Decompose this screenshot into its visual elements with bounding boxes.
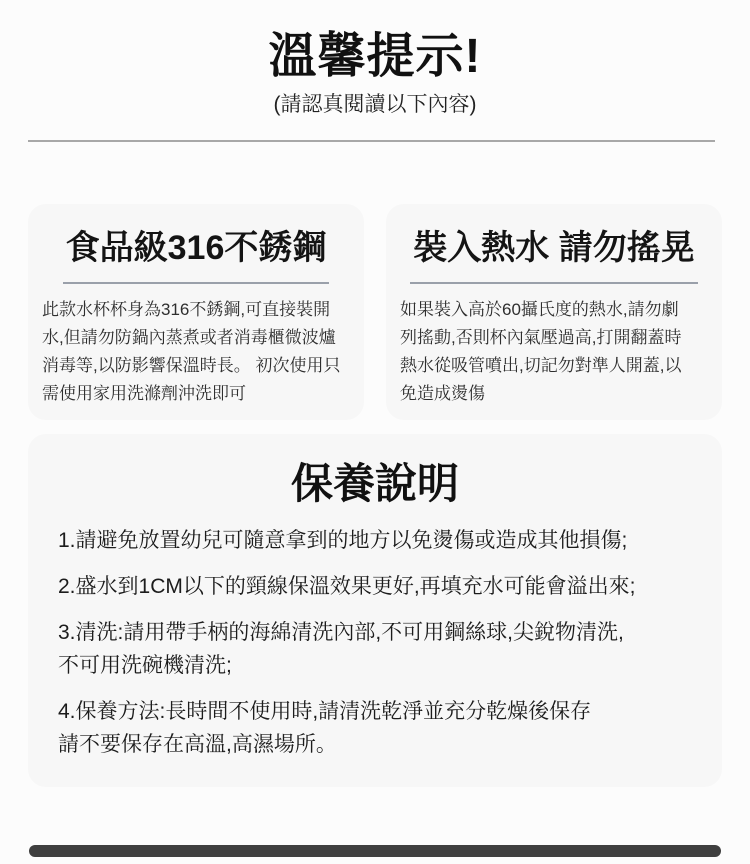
bottom-accent-bar xyxy=(29,845,721,857)
page-subtitle: (請認真閱讀以下內容) xyxy=(0,90,750,120)
care-item-1: 1.請避免放置幼兒可隨意拿到的地方以免燙傷或造成其他損傷; xyxy=(58,524,692,557)
info-cards-row: 食品級316不銹鋼 此款水杯杯身為316不銹鋼,可直接裝開 水,但請勿防鍋內蒸煮… xyxy=(28,204,722,420)
card-stainless-steel-heading: 食品級316不銹鋼 xyxy=(63,228,330,284)
card-hot-water-warning: 裝入熱水 請勿搖晃 如果裝入高於60攝氏度的熱水,請勿劇 列搖動,否則杯內氣壓過… xyxy=(386,204,722,420)
header-divider xyxy=(28,140,715,142)
card-hot-water-warning-heading: 裝入熱水 請勿搖晃 xyxy=(410,228,697,284)
page-header: 溫馨提示! (請認真閱讀以下內容) xyxy=(0,0,750,120)
card-hot-water-warning-body: 如果裝入高於60攝氏度的熱水,請勿劇 列搖動,否則杯內氣壓過高,打開翻蓋時 熱水… xyxy=(400,296,708,408)
care-item-3: 3.清洗:請用帶手柄的海綿清洗內部,不可用鋼絲球,尖銳物清洗, 不可用洗碗機清洗… xyxy=(58,616,692,682)
care-instructions-card: 保養說明 1.請避免放置幼兒可隨意拿到的地方以免燙傷或造成其他損傷; 2.盛水到… xyxy=(28,434,722,787)
care-item-2: 2.盛水到1CM以下的頸線保溫效果更好,再填充水可能會溢出來; xyxy=(58,570,692,603)
card-stainless-steel-body: 此款水杯杯身為316不銹鋼,可直接裝開 水,但請勿防鍋內蒸煮或者消毒櫃微波爐 消… xyxy=(42,296,350,408)
warm-tips-page: 溫馨提示! (請認真閱讀以下內容) 食品級316不銹鋼 此款水杯杯身為316不銹… xyxy=(0,0,750,864)
care-instructions-heading: 保養說明 xyxy=(58,458,692,510)
card-stainless-steel: 食品級316不銹鋼 此款水杯杯身為316不銹鋼,可直接裝開 水,但請勿防鍋內蒸煮… xyxy=(28,204,364,420)
page-title: 溫馨提示! xyxy=(0,30,750,84)
care-item-4: 4.保養方法:長時間不使用時,請清洗乾淨並充分乾燥後保存 請不要保存在高溫,高濕… xyxy=(58,695,692,761)
